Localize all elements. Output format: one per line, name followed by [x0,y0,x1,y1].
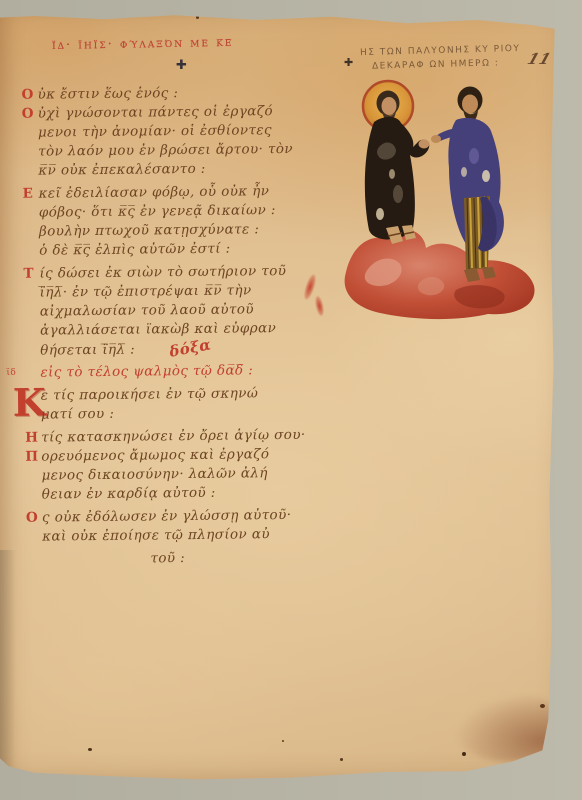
photo-background: ϊδ· ϊηϊσ· φύλαξόν με κ̅ε̅ ✚ 11 ✚ ΗΣ ΤΩΝ … [0,0,582,800]
doxa-mark: δόξα [168,335,213,361]
initial-letter: Η [25,429,38,448]
psalm-text-block: Οὐκ ἔστιν ἕως ἑνός : Οὐχὶ γνώσονται πάντ… [37,82,348,569]
line-text: ὁ δὲ κ̅ς̅ ἐλπὶς αὐτῶν ἐστί : [39,241,231,259]
line-text: ς οὐκ ἐδόλωσεν ἐν γλώσσῃ αὐτοῦ· [42,507,292,526]
line-text: τοῦ : [150,550,185,566]
line-text: φόβος· ὅτι κ̅ς̅ ἐν γενεᾷ δικαίων : [39,202,276,220]
line-text: ε τίς παροικήσει ἐν τῷ σκηνώ [41,385,259,403]
initial-letter: Ο [22,105,34,124]
parchment-speck [196,16,199,19]
line-text: ϊ̅η̅λ̅· ἐν τῷ ἐπιστρέψαι κ̅ν̅ τὴν [40,282,252,300]
text-line: ματί σου : [41,402,347,424]
line-text: κ̅ν̅ οὐκ ἐπεκαλέσαντο : [38,161,206,179]
miniature-painting [336,76,554,321]
initial-letter: Τ [23,265,34,284]
initial-letter: Π [25,448,38,467]
line-text: ορευόμενος ἄμωμος καὶ ἐργαζό [41,446,269,464]
line-text: ματί σου : [41,406,115,423]
page-edge-shadow [0,550,16,770]
text-line: θήσεται ϊ̅η̅λ̅ :δόξα [40,337,346,359]
line-text: ὐχὶ γνώσονται πάντες οἱ ἐργαζό [38,103,273,121]
line-text: μενος δικαιοσύνην· λαλῶν ἀλή [41,465,267,483]
text-line: ὁ δὲ κ̅ς̅ ἐλπὶς αὐτῶν ἐστί : [39,238,345,260]
initial-letter: Ο [26,509,38,528]
text-line: θειαν ἐν καρδίᾳ αὐτοῦ : [42,482,348,504]
left-figure-haloed [363,81,430,244]
line-text: τὸν λαόν μου ἐν βρώσει ἄρτου· τὸν [38,141,293,160]
parchment-speck [88,748,92,751]
rubric-line: ϊδεἰς τὸ τέλος ψαλμὸς τῷ δα̅δ̅ : [40,360,346,382]
line-text: καὶ οὐκ ἐποίησε τῷ πλησίον αὐ [42,526,270,544]
parchment-corner-stain [454,692,564,762]
parchment-speck [282,740,284,742]
text-line: τοῦ : [42,547,348,569]
line-text: βουλὴν πτωχοῦ κατῃσχύνατε : [39,221,259,239]
line-text: αἰχμαλωσίαν τοῦ λαοῦ αὐτοῦ [40,301,254,319]
line-text: κεῖ ἐδειλίασαν φόβῳ, οὗ οὐκ ἦν [39,183,270,201]
miniature-caption-line2: ΔΕΚΑΡΑΦ ΩΝ ΗΜΕΡΩ : [372,58,500,71]
line-text: ἀγαλλιάσεται ϊακὼβ καὶ εὐφραν [40,320,276,338]
folio-number: 11 [523,50,555,68]
initial-letter: Ο [21,86,33,105]
text-line: κ̅ν̅ οὐκ ἐπεκαλέσαντο : [38,158,344,180]
line-text: μενοι τὴν ἀνομίαν· οἱ ἐσθίοντες [38,122,272,140]
line-text: θήσεται ϊ̅η̅λ̅ : [40,342,135,359]
parchment-speck [340,758,343,761]
parchment-speck [462,752,466,756]
line-text: εἰς τὸ τέλος ψαλμὸς τῷ δα̅δ̅ : [40,362,253,380]
cross-ornament-icon: ✚ [176,58,187,73]
initial-letter: Ε [23,185,34,204]
miniature-caption-line1: ΗΣ ΤΩΝ ΠΑΛΥΟΝΗΣ ΚΥ ΡΙΟΥ [360,44,521,58]
psalm-header-rubric: ϊδ· ϊηϊσ· φύλαξόν με κ̅ε̅ [52,34,282,53]
line-text: τίς κατασκηνώσει ἐν ὄρει ἁγίῳ σου· [41,427,306,446]
manuscript-page: ϊδ· ϊηϊσ· φύλαξόν με κ̅ε̅ ✚ 11 ✚ ΗΣ ΤΩΝ … [0,0,582,800]
line-text: ὐκ ἔστιν ἕως ἑνός : [37,85,178,102]
line-text: ίς δώσει ἐκ σιὼν τὸ σωτήριον τοῦ [39,263,286,282]
rocky-ground [345,230,535,319]
line-text: θειαν ἐν καρδίᾳ αὐτοῦ : [42,485,216,503]
text-line: καὶ οὐκ ἐποίησε τῷ πλησίον αὐ [42,524,348,546]
caption-cross-icon: ✚ [344,56,353,69]
